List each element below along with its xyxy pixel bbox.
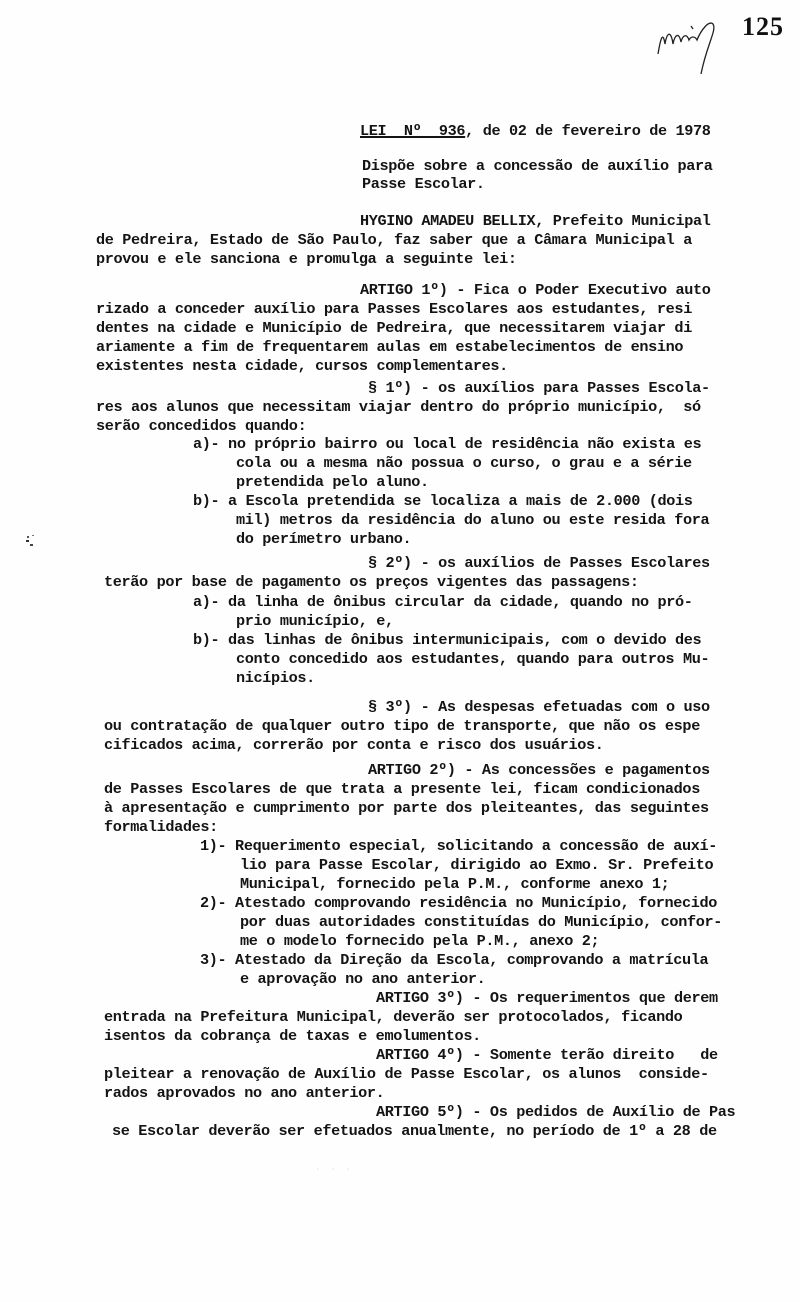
paragrafo-3-line: § 3º) - As despesas efetuadas com o uso	[368, 697, 710, 717]
artigo-4-line: rados aprovados no ano anterior.	[104, 1083, 384, 1103]
artigo-1-line: rizado a conceder auxílio para Passes Es…	[96, 299, 692, 319]
paragrafo-1-line: res aos alunos que necessitam viajar den…	[96, 397, 701, 417]
artigo-1-line: dentes na cidade e Município de Pedreira…	[96, 318, 692, 338]
artigo-2-item-3: 3)- Atestado da Direção da Escola, compr…	[200, 950, 708, 970]
artigo-2-line: à apresentação e cumprimento por parte d…	[104, 798, 709, 818]
artigo-4-line: pleitear a renovação de Auxílio de Passe…	[104, 1064, 709, 1084]
artigo-5-line: se Escolar deverão ser efetuados anualme…	[112, 1121, 717, 1141]
artigo-3-line: ARTIGO 3º) - Os requerimentos que derem	[376, 988, 718, 1008]
paragrafo-3-line: cificados acima, correrão por conta e ri…	[104, 735, 604, 755]
artigo-2-line: formalidades:	[104, 817, 218, 837]
paragrafo-2-item-b: nicípios.	[236, 668, 315, 688]
artigo-2-item-2: por duas autoridades constituídas do Mun…	[240, 912, 722, 932]
paragrafo-1-item-a: pretendida pelo aluno.	[236, 472, 429, 492]
artigo-2-item-2: me o modelo fornecido pela P.M., anexo 2…	[240, 931, 599, 951]
artigo-3-line: isentos da cobrança de taxas e emolument…	[104, 1026, 481, 1046]
artigo-1-line: ARTIGO 1º) - Fica o Poder Executivo auto	[360, 280, 711, 300]
artigo-2-item-3: e aprovação no ano anterior.	[240, 969, 485, 989]
document-page: 125 LEI Nº 936, de 02 de fevereiro de 19…	[0, 0, 800, 1302]
paragrafo-1-line: serão concedidos quando:	[96, 416, 306, 436]
paragrafo-2-item-b: conto concedido aos estudantes, quando p…	[236, 649, 709, 669]
summary-line: Passe Escolar.	[362, 174, 485, 194]
artigo-2-item-1: lio para Passe Escolar, dirigido ao Exmo…	[240, 855, 713, 875]
law-title: LEI Nº 936, de 02 de fevereiro de 1978	[360, 121, 711, 141]
paragrafo-3-line: ou contratação de qualquer outro tipo de…	[104, 716, 700, 736]
paragrafo-2-item-a: a)- da linha de ônibus circular da cidad…	[193, 592, 693, 612]
artigo-2-line: de Passes Escolares de que trata a prese…	[104, 779, 700, 799]
artigo-3-line: entrada na Prefeitura Municipal, deverão…	[104, 1007, 682, 1027]
paragrafo-2-line: § 2º) - os auxílios de Passes Escolares	[368, 553, 710, 573]
artigo-2-item-1: Municipal, fornecido pela P.M., conforme…	[240, 874, 669, 894]
paragrafo-1-item-b: do perímetro urbano.	[236, 529, 411, 549]
preamble-line: de Pedreira, Estado de São Paulo, faz sa…	[96, 230, 692, 250]
scan-speck	[26, 535, 38, 547]
preamble-line: HYGINO AMADEU BELLIX, Prefeito Municipal	[360, 211, 711, 231]
artigo-4-line: ARTIGO 4º) - Somente terão direito de	[376, 1045, 718, 1065]
artigo-1-line: ariamente a fim de frequentarem aulas em…	[96, 337, 683, 357]
scan-dots: · · ·	[316, 1166, 354, 1173]
paragrafo-2-item-b: b)- das linhas de ônibus intermunicipais…	[193, 630, 701, 650]
artigo-2-item-1: 1)- Requerimento especial, solicitando a…	[200, 836, 717, 856]
paragrafo-1-item-a: a)- no próprio bairro ou local de residê…	[193, 434, 701, 454]
artigo-5-line: ARTIGO 5º) - Os pedidos de Auxílio de Pa…	[376, 1102, 735, 1122]
preamble-line: provou e ele sanciona e promulga a segui…	[96, 249, 517, 269]
paragrafo-2-item-a: prio município, e,	[236, 611, 394, 631]
paragrafo-1-item-a: cola ou a mesma não possua o curso, o gr…	[236, 453, 692, 473]
artigo-1-line: existentes nesta cidade, cursos compleme…	[96, 356, 508, 376]
paragrafo-2-line: terão por base de pagamento os preços vi…	[104, 572, 639, 592]
signature-mark	[655, 14, 730, 74]
artigo-2-item-2: 2)- Atestado comprovando residência no M…	[200, 893, 717, 913]
artigo-2-line: ARTIGO 2º) - As concessões e pagamentos	[368, 760, 710, 780]
paragrafo-1-item-b: mil) metros da residência do aluno ou es…	[236, 510, 709, 530]
paragrafo-1-line: § 1º) - os auxílios para Passes Escola-	[368, 378, 710, 398]
paragrafo-1-item-b: b)- a Escola pretendida se localiza a ma…	[193, 491, 693, 511]
page-number: 125	[742, 12, 784, 42]
summary-line: Dispõe sobre a concessão de auxílio para	[362, 156, 713, 176]
